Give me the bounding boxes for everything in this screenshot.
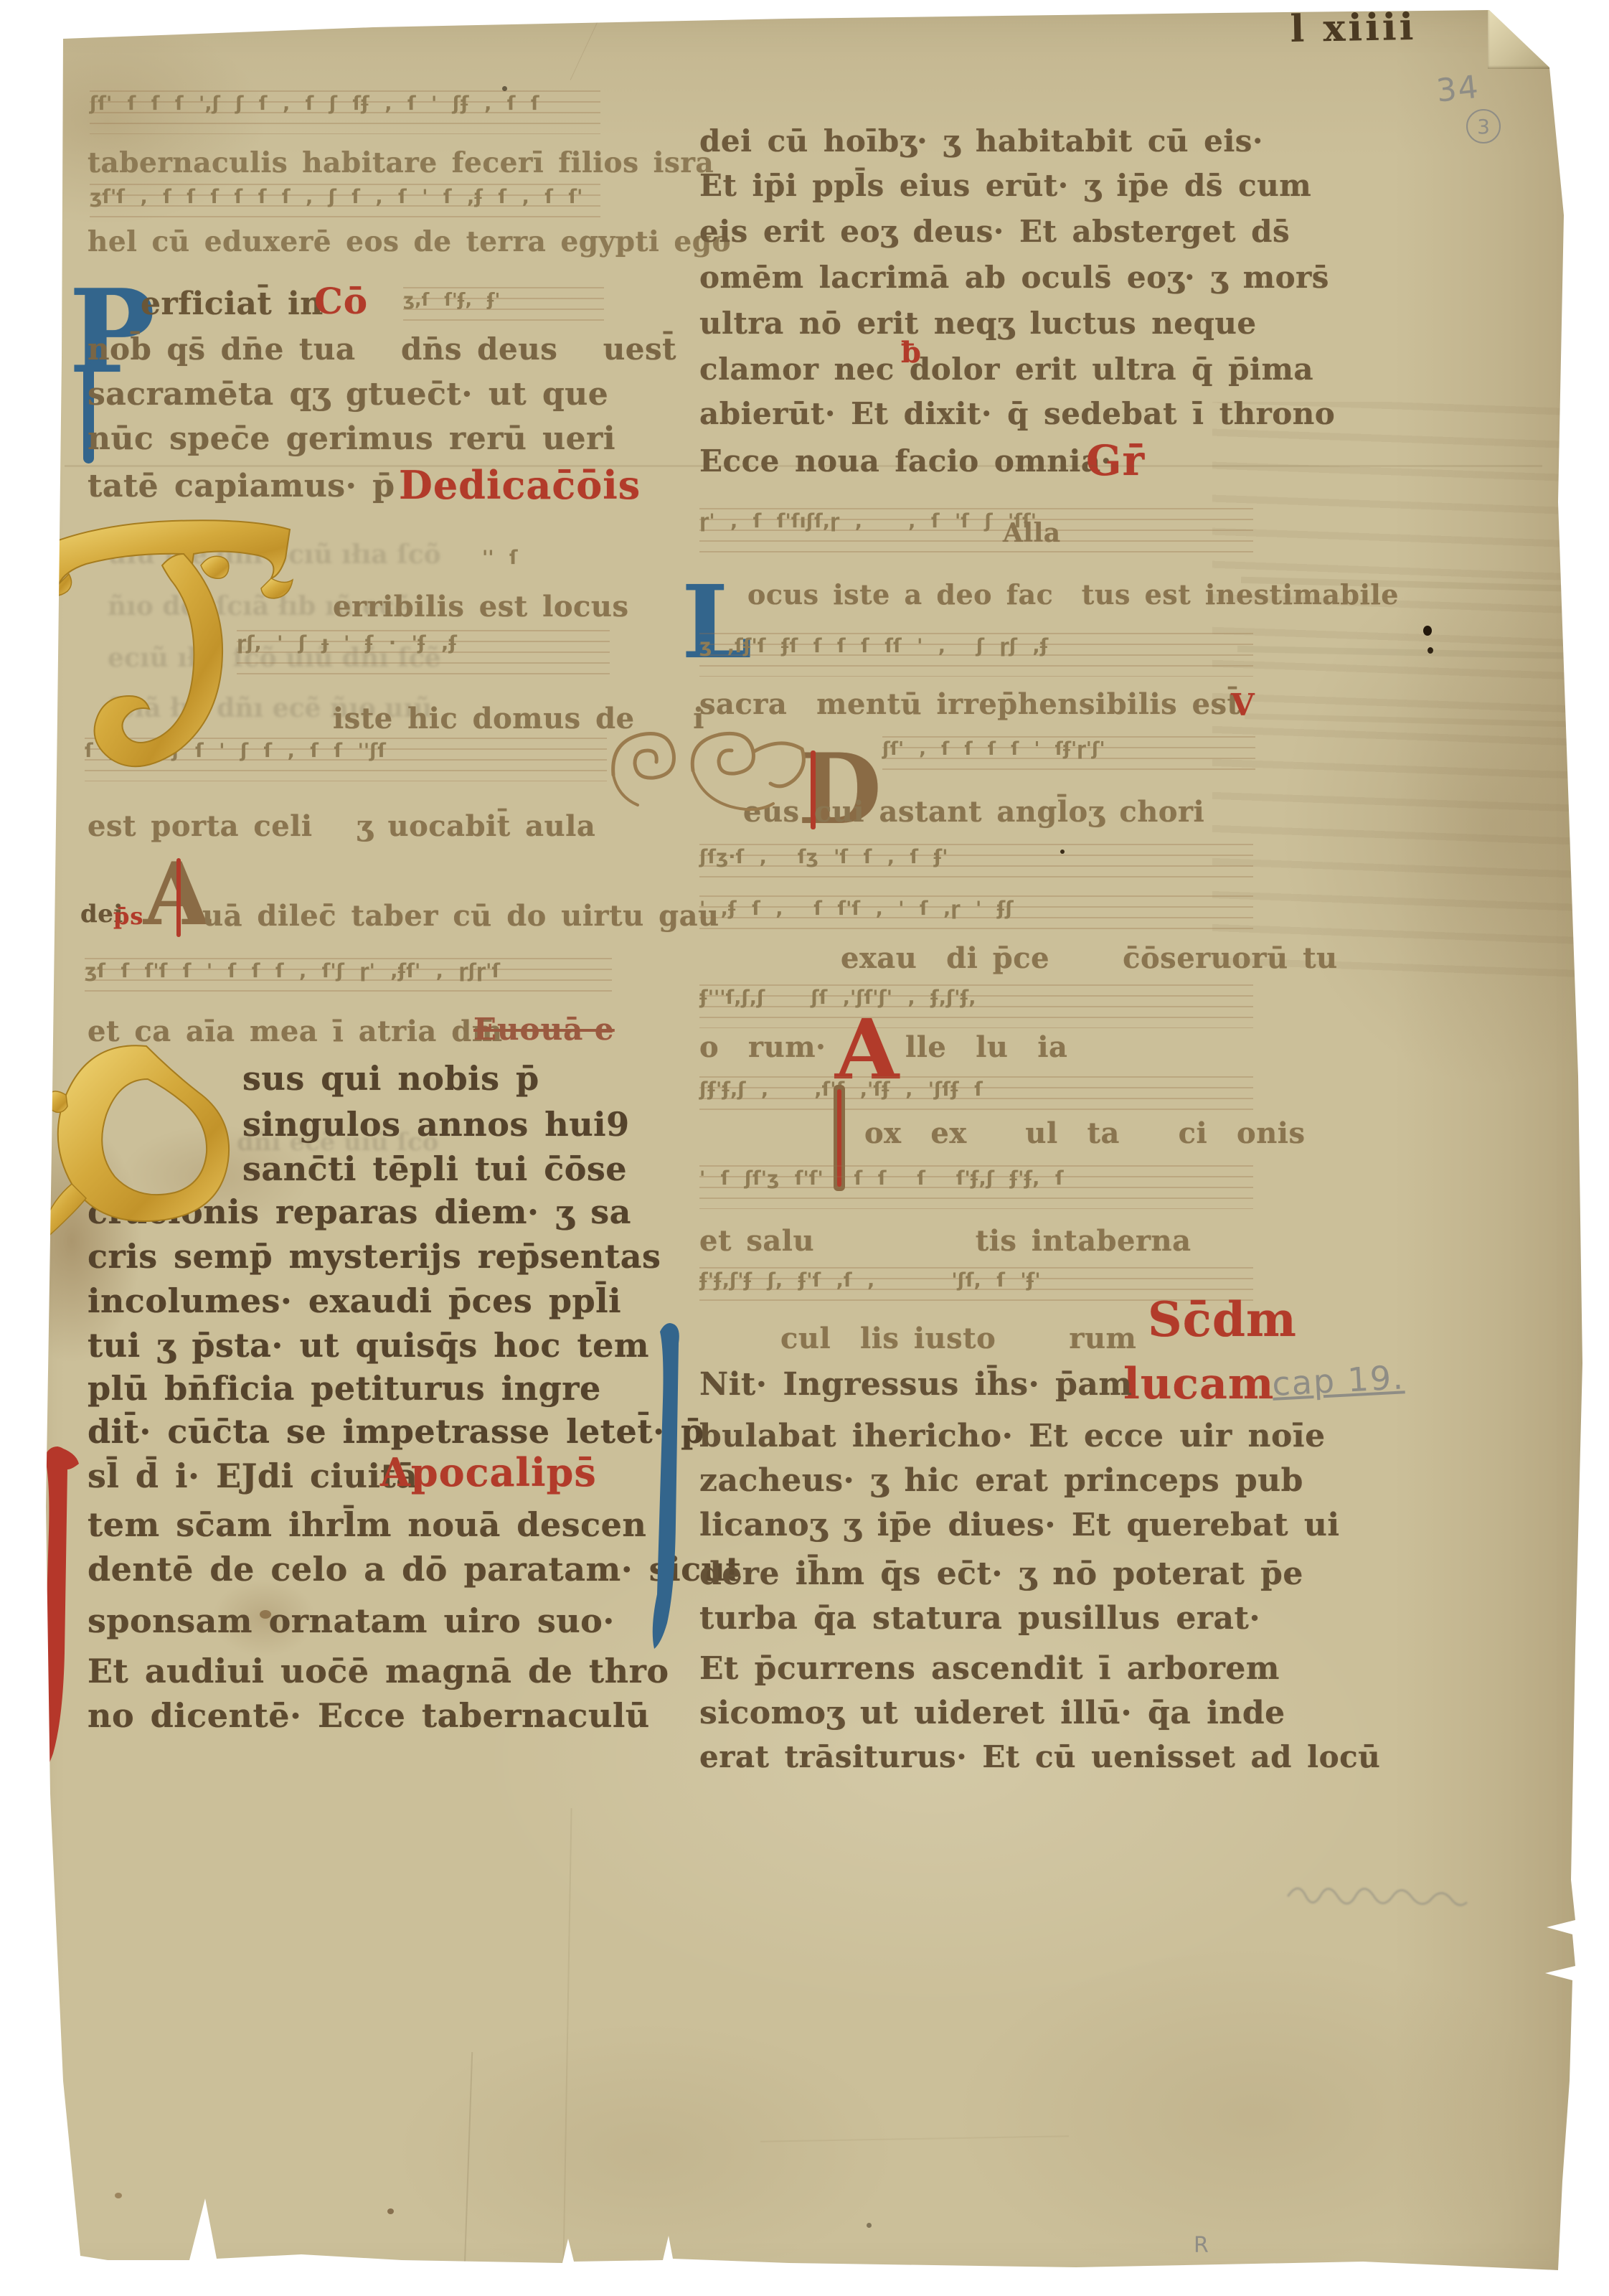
prayer-text-line: nob̄ qs̄ dn̄e tua dn̄s deus uest̄ bbox=[88, 331, 618, 367]
music-staff: ʒ,ſ ſ'ʄ, ʄ' bbox=[403, 287, 604, 326]
water-stain-streaks bbox=[1212, 402, 1600, 990]
crease-line bbox=[65, 465, 1542, 467]
neume-line: '' ſ bbox=[482, 547, 597, 569]
rubric-secundum: Sc̄dm bbox=[1148, 1291, 1297, 1347]
prayer-text-line: plū bn̄ficia petiturus ingre bbox=[88, 1369, 618, 1408]
ink-speck bbox=[115, 2193, 122, 2198]
prayer-text-line: incolumes· exaudi p̄ces ppl̄i bbox=[88, 1281, 618, 1320]
reading-text-line: sponsam ornatam uiro suo· bbox=[88, 1601, 590, 1640]
crease-line bbox=[760, 2135, 1069, 2142]
prayer-text-line: sacramēta qʒ gtuec̄t· ut que bbox=[88, 376, 618, 413]
prayer-text-line: nūc spec̄e gerimus rerū ueri bbox=[88, 420, 618, 457]
gospel-text-line: Et p̄currens ascendit ī arborem bbox=[699, 1650, 1259, 1687]
rubric-apocalipsis: Apocalips̄ bbox=[380, 1449, 597, 1495]
prayer-text-line: dit̄· cūc̄ta se impetrasse letet̄· p̄ bbox=[88, 1412, 618, 1451]
prayer-text-line: tui ʒ p̄sta· ut quisq̄s hoc tem bbox=[88, 1326, 618, 1365]
music-staff: ʃſ' ſ ſ ſ ',ʃ ʃ ſ , ſ ʃ ſʄ , ſ ' ʃʄ , ſ … bbox=[90, 90, 600, 134]
rubric-dedicationis: Dedicac̄ōis bbox=[399, 462, 641, 508]
music-staff: ʃʄ'ʄ,ʃ , ,ſ'ʄ ,'ſʄ , 'ʃſʄ ſ bbox=[699, 1076, 1253, 1119]
chant-text-line: Alla bbox=[1003, 518, 1082, 548]
reading-text-line: sl̄ d̄ i· EJdi ciuitā bbox=[88, 1457, 374, 1495]
chant-text-line: est porta celi ʒ uocabit̄ aula bbox=[88, 809, 590, 843]
chant-text-line: ocus iste a deo fac tus est inestimabile bbox=[747, 578, 1257, 611]
ink-speck bbox=[502, 86, 507, 91]
gospel-text-line: bulabat ihericho· Et ecce uir noīe bbox=[699, 1418, 1259, 1454]
rubric-lucam: lucam bbox=[1123, 1359, 1274, 1409]
chant-text-line: ox ex ul ta ci onis bbox=[864, 1116, 1194, 1150]
reading-text-line: omēm lacrimā ab oculs̄ eoʒ· ʒ mors̄ bbox=[699, 260, 1259, 295]
folded-corner bbox=[1488, 9, 1551, 69]
cadel-ornament-left bbox=[606, 725, 678, 811]
rubric-complenda: Cō bbox=[314, 280, 368, 322]
reading-text-line: tem sc̄am ihrl̄m nouā descen bbox=[88, 1505, 618, 1544]
rubric-psalm: p̄s bbox=[113, 903, 143, 930]
reading-text-line: abierūt· Et dixit· q̄ sedebat ī throno bbox=[699, 396, 1259, 431]
pencil-number: 34 bbox=[1435, 69, 1481, 110]
music-staff: ʒſ ſ ſ'ſ ſ ' ſ ſ ſ , ſ'ʃ ɼ' ,ʄſ' , ɼʃɼ'ſ bbox=[85, 958, 612, 1000]
gospel-text-line: turba q̄a statura pusillus erat· bbox=[699, 1600, 1259, 1637]
music-staff: ɼ' , ſ ſ'ſıʃſ,ɼ , , ſ 'ſ ʃ 'ſſ' bbox=[699, 508, 1253, 556]
chant-text-line: exau di p̄ce c̄ōseruorū tu bbox=[841, 941, 1257, 975]
gold-initial-T bbox=[43, 511, 316, 784]
music-staff: ' ,ʄ ſ , ſ ſ'ſ , ' ſ ,ɼ ' ʄʃ bbox=[699, 895, 1253, 938]
chant-text-line: lle lu ia bbox=[905, 1030, 1106, 1064]
ink-speck bbox=[1423, 626, 1432, 636]
chant-text-line: erribilis est locus bbox=[333, 590, 591, 624]
gospel-text-line: erat trāsiturus· Et cū uenisset ad locū bbox=[699, 1739, 1273, 1774]
reading-text-line: Ecce noua facio omnia· bbox=[699, 443, 1087, 479]
pencil-chapter-note: cap 19. bbox=[1271, 1358, 1405, 1403]
chant-text-line: cul lis iusto rum bbox=[780, 1322, 1096, 1355]
music-staff: ʄ'''ſ,ʃ,ʃ ʃſ ,'ʃſ'ʃ' , ʄ,ʃ'ʄ, bbox=[699, 984, 1253, 1028]
manuscript-photo: l xiiii34cap 19.Ruıũ ſcẽ dñı ecıũ ıłıa ſ… bbox=[0, 0, 1609, 2296]
red-initial-I bbox=[36, 1445, 86, 1782]
ink-speck bbox=[260, 1610, 271, 1619]
crease-line bbox=[464, 2052, 473, 2267]
music-staff: ʃſʒ·ſ , ſʒ 'ſ ſ , ſ ʄ' bbox=[699, 844, 1253, 886]
crease-line bbox=[570, 20, 599, 80]
reading-text-line: dentē de celo a dō paratam· sicut bbox=[88, 1550, 618, 1589]
reading-text-line: no dicentē· Ecce tabernaculū bbox=[88, 1696, 618, 1735]
gospel-text-line: Nit· Ingressus ih̄s· p̄am bbox=[699, 1366, 1101, 1403]
blue-initial-I bbox=[651, 1322, 694, 1652]
prayer-text-line: sanc̄ti tēpli tui c̄ōse bbox=[242, 1149, 558, 1188]
chant-text-line: iste hic domus de i bbox=[333, 702, 620, 735]
ink-speck bbox=[387, 2208, 394, 2214]
ink-speck bbox=[867, 2223, 872, 2228]
parchment-leaf: l xiiii34cap 19.Ruıũ ſcẽ dñı ecıũ ıłıa ſ… bbox=[0, 0, 1609, 2296]
chant-text-line: sacra mentū irrep̄hensibilis est̄ bbox=[699, 687, 1194, 721]
reading-text-line: ultra nō erit neqʒ luctus neque bbox=[699, 306, 1259, 341]
reading-text-line: dei cū hoībʒ· ʒ habitabit cū eis· bbox=[699, 123, 1259, 159]
reading-text-line: Et audiui uoc̄ē magnā de thro bbox=[88, 1652, 618, 1690]
prayer-text-line: sus qui nobis p̄ bbox=[242, 1059, 479, 1098]
music-staff: ʃſ' , ſ ſ ſ ſ ' ſʄ'ɼ'ʃ' bbox=[882, 736, 1255, 778]
initial-A-redline bbox=[176, 858, 181, 937]
music-staff: ' ſ ʃſ'ʒ ſ'ſ' ſ ſ ſ ſ'ʄ,ʃ ʄ'ʄ, ſ bbox=[699, 1165, 1253, 1209]
prayer-text-line: singulos annos hui9 bbox=[242, 1105, 551, 1144]
reading-text-line: clamor nec dolor erit ultra q̄ p̄ima bbox=[699, 352, 1259, 387]
chant-text-line: hel cū eduxerē eos de terra egypti ego bbox=[88, 225, 618, 258]
music-staff: ʒſ'ſ , ſ ſ ſ ſ ſ ſ , ʃ ſ , ſ ' ſ ,ʄ ſ , … bbox=[90, 184, 600, 225]
reading-text-line: eis erit eoʒ deus· Et absterget ds̄ bbox=[699, 214, 1259, 249]
chant-text-line: o rum· bbox=[699, 1030, 829, 1064]
crease-line bbox=[562, 1808, 572, 2267]
chant-text-line: tabernaculis habitare fecerī filios isra bbox=[88, 146, 618, 179]
cadel-ornament-D bbox=[687, 723, 809, 817]
gospel-text-line: zacheus· ʒ hic erat princeps pub bbox=[699, 1462, 1259, 1499]
folio-number: l xiiii bbox=[1290, 5, 1417, 51]
prayer-text-line: tatē capiamus· p̄ bbox=[88, 468, 389, 504]
music-staff: ʒ ,ſʄ'ſ ʄſ ſ ſ ſ ſſ ' , ʃ ɼʃ ,ʄ bbox=[699, 633, 1253, 677]
chant-text-line: et salu tis intaberna bbox=[699, 1224, 1072, 1258]
chant-text-line: uā dilec̄ taber cū do uirtu gau bbox=[202, 899, 615, 933]
gospel-text-line: dere ih̄m q̄s ec̄t· ʒ nō poterat p̄e bbox=[699, 1556, 1259, 1592]
rubric-euouae: Euouā e bbox=[473, 1012, 615, 1047]
rubric-graduale: Gr̄ bbox=[1086, 436, 1145, 485]
pencil-circled-number: 3 bbox=[1466, 109, 1501, 143]
pencil-corner-mark: R bbox=[1194, 2233, 1210, 2258]
reading-text-line: Et ip̄i ppl̄s eius erūt· ʒ ip̄e ds̄ cum bbox=[699, 168, 1259, 203]
ink-speck bbox=[1060, 850, 1065, 854]
prayer-text-line: erficiat̄ in bbox=[141, 286, 306, 322]
gospel-text-line: sicomoʒ ut uideret illū· q̄a inde bbox=[699, 1695, 1259, 1731]
pencil-inscription bbox=[1284, 1867, 1471, 1939]
gospel-text-line: licanoʒ ʒ ip̄e diues· Et querebat ui bbox=[699, 1507, 1259, 1543]
gold-initial-D bbox=[39, 1035, 254, 1250]
